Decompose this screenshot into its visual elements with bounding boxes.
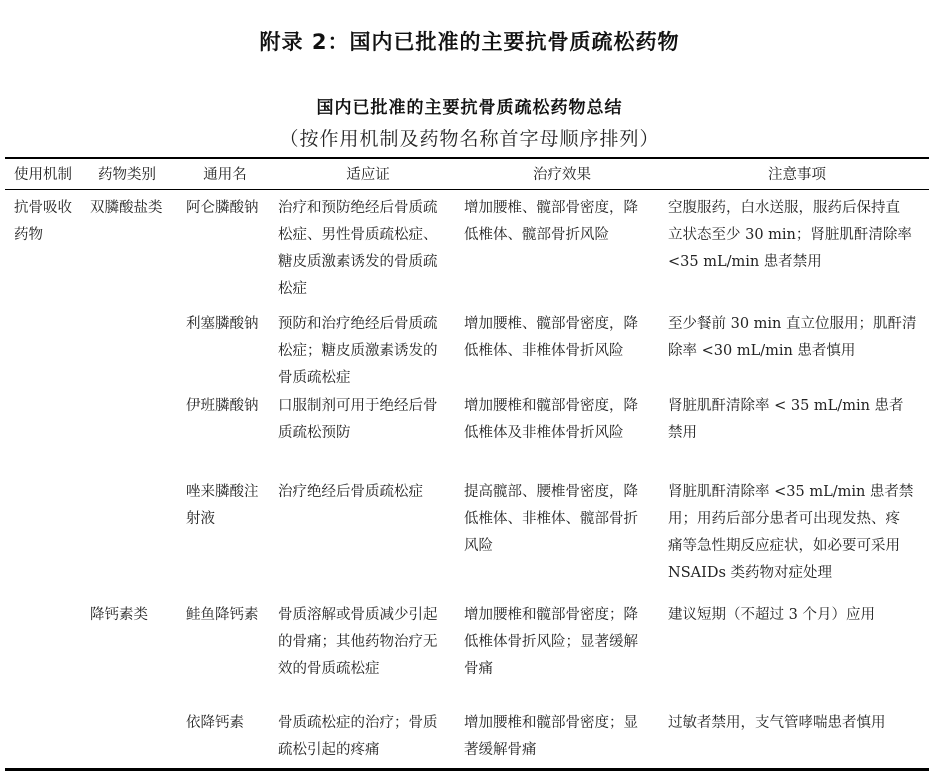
drug-name-cell: 唑来膦酸注 射液 bbox=[186, 479, 274, 533]
indication-cell: 骨质疏松症的治疗；骨质 疏松引起的疼痛 bbox=[278, 710, 458, 764]
table-bottom-rule bbox=[5, 768, 929, 771]
appendix-title: 附录 2：国内已批准的主要抗骨质疏松药物 bbox=[0, 26, 939, 56]
effect-cell: 增加腰椎、髋部骨密度，降 低椎体、非椎体骨折风险 bbox=[464, 311, 660, 365]
header-effect: 治疗效果 bbox=[464, 162, 660, 189]
indication-cell: 治疗和预防绝经后骨质疏 松症、男性骨质疏松症、 糖皮质激素诱发的骨质疏 松症 bbox=[278, 195, 458, 303]
indication-cell: 口服制剂可用于绝经后骨 质疏松预防 bbox=[278, 393, 458, 447]
header-mechanism: 使用机制 bbox=[14, 162, 86, 189]
drug-name-cell: 依降钙素 bbox=[186, 710, 274, 737]
effect-cell: 提高髋部、腰椎骨密度，降 低椎体、非椎体、髋部骨折 风险 bbox=[464, 479, 660, 560]
drug-name-cell: 伊班膦酸钠 bbox=[186, 393, 274, 420]
table-title: 国内已批准的主要抗骨质疏松药物总结 bbox=[0, 93, 939, 118]
indication-cell: 治疗绝经后骨质疏松症 bbox=[278, 479, 458, 506]
notes-cell: 空腹服药，白水送服，服药后保持直 立状态至少 30 min；肾脏肌酐清除率 <3… bbox=[668, 195, 926, 276]
effect-cell: 增加腰椎、髋部骨密度，降 低椎体、髋部骨折风险 bbox=[464, 195, 660, 249]
table-top-rule bbox=[5, 157, 929, 159]
header-notes: 注意事项 bbox=[668, 162, 926, 189]
indication-cell: 骨质溶解或骨质减少引起 的骨痛；其他药物治疗无 效的骨质疏松症 bbox=[278, 602, 458, 683]
indication-cell: 预防和治疗绝经后骨质疏 松症；糖皮质激素诱发的 骨质疏松症 bbox=[278, 311, 458, 392]
notes-cell: 过敏者禁用，支气管哮喘患者慎用 bbox=[668, 710, 926, 737]
effect-cell: 增加腰椎和髋部骨密度，降 低椎体及非椎体骨折风险 bbox=[464, 393, 660, 447]
table-subtitle: （按作用机制及药物名称首字母顺序排列） bbox=[0, 124, 939, 151]
header-class: 药物类别 bbox=[98, 162, 188, 189]
header-indication: 适应证 bbox=[278, 162, 458, 189]
notes-cell: 肾脏肌酐清除率 <35 mL/min 患者禁 用；用药后部分患者可出现发热、疼 … bbox=[668, 479, 926, 587]
drug-name-cell: 利塞膦酸钠 bbox=[186, 311, 274, 338]
header-name: 通用名 bbox=[180, 162, 270, 189]
mechanism-cell: 抗骨吸收 药物 bbox=[14, 195, 86, 249]
table-header-rule bbox=[5, 189, 929, 190]
drug-name-cell: 阿仑膦酸钠 bbox=[186, 195, 274, 222]
notes-cell: 至少餐前 30 min 直立位服用；肌酐清 除率 <30 mL/min 患者慎用 bbox=[668, 311, 926, 365]
effect-cell: 增加腰椎和髋部骨密度；降 低椎体骨折风险；显著缓解 骨痛 bbox=[464, 602, 660, 683]
drug-name-cell: 鲑鱼降钙素 bbox=[186, 602, 274, 629]
drug-class-cell: 降钙素类 bbox=[90, 602, 180, 629]
notes-cell: 肾脏肌酐清除率 < 35 mL/min 患者 禁用 bbox=[668, 393, 926, 447]
notes-cell: 建议短期（不超过 3 个月）应用 bbox=[668, 602, 926, 629]
drug-class-cell: 双膦酸盐类 bbox=[90, 195, 180, 222]
effect-cell: 增加腰椎和髋部骨密度；显 著缓解骨痛 bbox=[464, 710, 660, 764]
